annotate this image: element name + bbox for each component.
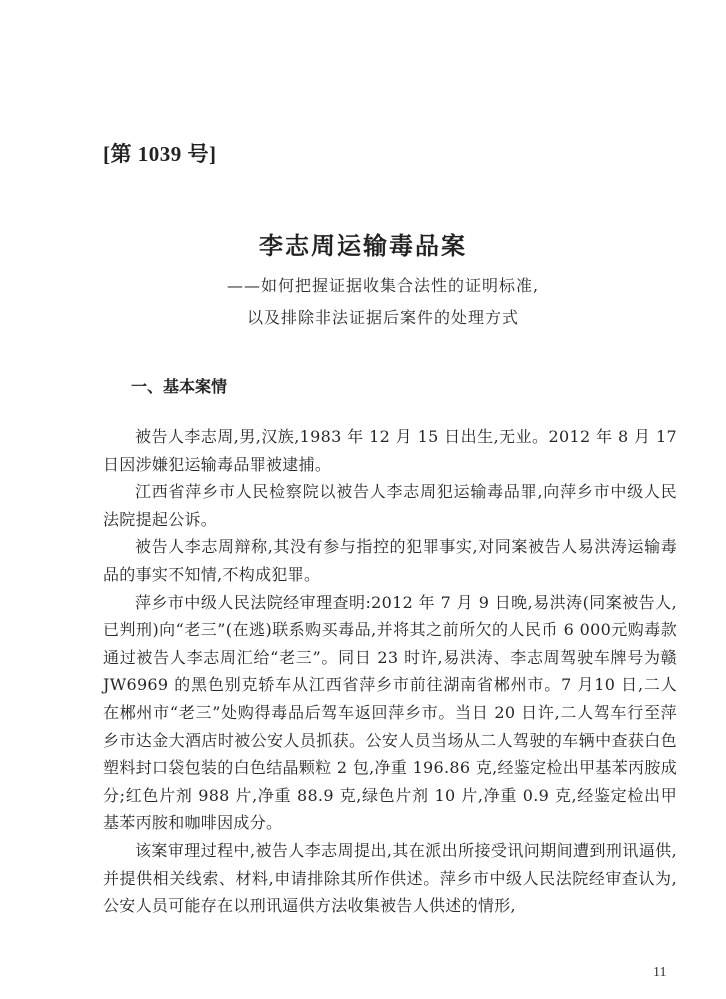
body-text: 被告人李志周,男,汉族,1983 年 12 月 15 日出生,无业。2012 年… — [103, 423, 677, 920]
paragraph: 被告人李志周辩称,其没有参与指控的犯罪事实,对同案被告人易洪涛运输毒品的事实不知… — [103, 533, 677, 588]
case-title: 李志周运输毒品案 — [0, 226, 726, 261]
paragraph: 萍乡市中级人民法院经审理查明:2012 年 7 月 9 日晚,易洪涛(同案被告人… — [103, 589, 677, 837]
subtitle-line-2: 以及排除非法证据后案件的处理方式 — [0, 305, 726, 328]
subtitle-line-1: ——如何把握证据收集合法性的证明标准, — [0, 273, 726, 296]
case-number: [第 1039 号] — [103, 138, 217, 168]
paragraph: 被告人李志周,男,汉族,1983 年 12 月 15 日出生,无业。2012 年… — [103, 423, 677, 478]
section-heading: 一、基本案情 — [131, 374, 227, 397]
document-page: [第 1039 号] 李志周运输毒品案 ——如何把握证据收集合法性的证明标准, … — [0, 0, 726, 999]
paragraph: 该案审理过程中,被告人李志周提出,其在派出所接受讯问期间遭到刑讯逼供,并提供相关… — [103, 837, 677, 920]
page-number: 11 — [653, 965, 666, 981]
paragraph: 江西省萍乡市人民检察院以被告人李志周犯运输毒品罪,向萍乡市中级人民法院提起公诉。 — [103, 478, 677, 533]
